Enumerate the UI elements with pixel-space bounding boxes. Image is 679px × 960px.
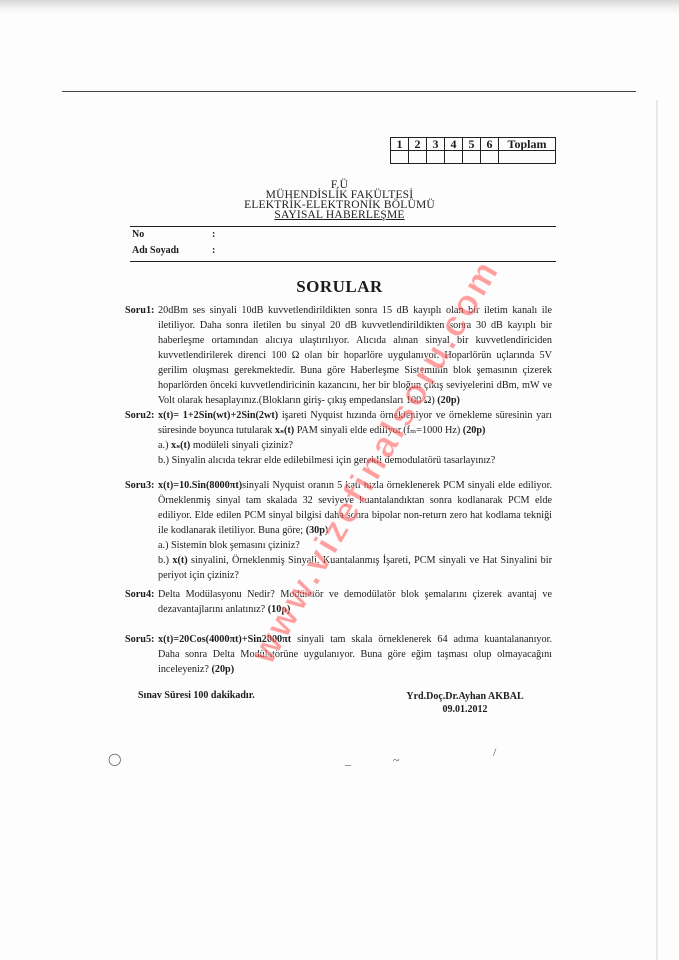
- top-rule: [62, 91, 636, 92]
- part-text: Sistemin blok şemasını çiziniz?: [171, 540, 300, 551]
- score-cell: [427, 151, 445, 164]
- score-col-1: 1: [391, 138, 409, 151]
- question-text-2: PAM sinyali elde ediliyor.(fₘ=1000 Hz): [294, 425, 463, 436]
- pen-slash-mark: /: [493, 745, 496, 760]
- score-col-3: 3: [427, 138, 445, 151]
- question-label: Soru4:: [125, 587, 154, 602]
- question-part-a: a.) xₛ(t) modüleli sinyali çiziniz?: [158, 438, 552, 453]
- exam-duration: Sınav Süresi 100 dakikadır.: [138, 690, 255, 701]
- question-points: (10p): [268, 604, 291, 615]
- part-label: a.): [158, 540, 168, 551]
- score-cell: [409, 151, 427, 164]
- score-cell: [445, 151, 463, 164]
- question-3: Soru3: x(t)=10.Sin(8000πt)sinyali Nyquis…: [125, 478, 552, 583]
- question-formula-2: xₛ(t): [275, 425, 294, 436]
- score-col-5: 5: [463, 138, 481, 151]
- question-part-a: a.) Sistemin blok şemasını çiziniz?: [158, 538, 552, 553]
- part-text: modüleli sinyali çiziniz?: [190, 440, 293, 451]
- score-cell-total: [499, 151, 556, 164]
- question-2: Soru2: x(t)= 1+2Sin(wt)+2Sin(2wt) işaret…: [125, 408, 552, 468]
- signature-block: Yrd.Doç.Dr.Ayhan AKBAL 09.01.2012: [380, 690, 550, 716]
- score-col-total: Toplam: [499, 138, 556, 151]
- score-cell: [391, 151, 409, 164]
- question-part-b: b.) Sinyalin alıcıda tekrar elde edilebi…: [158, 453, 552, 468]
- question-formula: x(t)=20Cos(4000πt)+Sin2000πt: [158, 634, 291, 645]
- score-col-4: 4: [445, 138, 463, 151]
- page-title: SORULAR: [0, 277, 679, 297]
- question-label: Soru3:: [125, 478, 154, 493]
- question-label: Soru2:: [125, 408, 154, 423]
- exam-header: F.Ü MÜHENDİSLİK FAKÜLTESİ ELEKTRİK-ELEKT…: [0, 180, 679, 220]
- part-label: b.): [158, 455, 169, 466]
- pen-scribble-mark: ◯: [108, 752, 121, 767]
- part-formula: xₛ(t): [171, 440, 190, 451]
- part-label: a.): [158, 440, 168, 451]
- question-part-b: b.) x(t) sinyalini, Örneklenmiş Sinyali,…: [158, 553, 552, 583]
- student-name-colon: :: [212, 245, 215, 256]
- question-formula: x(t)= 1+2Sin(wt)+2Sin(2wt): [158, 410, 278, 421]
- question-formula: x(t)=10.Sin(8000πt): [158, 480, 242, 491]
- course-name: SAYISAL HABERLEŞME: [0, 210, 679, 220]
- question-points: (20p): [211, 664, 234, 675]
- info-top-rule: [130, 226, 556, 227]
- score-table: 1 2 3 4 5 6 Toplam: [390, 137, 556, 164]
- question-points: (20p): [463, 425, 486, 436]
- pen-tilde-mark: ~: [393, 753, 400, 768]
- question-text: 20dBm ses sinyali 10dB kuvvetlendirildik…: [158, 305, 552, 406]
- pen-dash-mark: –: [345, 757, 351, 772]
- question-4: Soru4: Delta Modülasyonu Nedir? Modülatö…: [125, 587, 552, 617]
- student-no-colon: :: [212, 229, 215, 240]
- scan-fold-line: [656, 100, 658, 960]
- question-label: Soru5:: [125, 632, 154, 647]
- scan-top-edge: [0, 0, 679, 14]
- student-no-label: No: [132, 229, 144, 240]
- exam-date: 09.01.2012: [380, 703, 550, 716]
- question-points: (30p): [306, 525, 329, 536]
- part-formula: x(t): [172, 555, 187, 566]
- score-header-row: 1 2 3 4 5 6 Toplam: [391, 138, 556, 151]
- question-points: (20p): [437, 395, 460, 406]
- question-1: Soru1: 20dBm ses sinyali 10dB kuvvetlend…: [125, 303, 552, 408]
- score-col-6: 6: [481, 138, 499, 151]
- student-name-label: Adı Soyadı: [132, 245, 179, 256]
- part-label: b.): [158, 555, 169, 566]
- instructor-name: Yrd.Doç.Dr.Ayhan AKBAL: [380, 690, 550, 703]
- question-text: Delta Modülasyonu Nedir? Modülatör ve de…: [158, 589, 552, 615]
- question-label: Soru1:: [125, 303, 154, 318]
- score-value-row: [391, 151, 556, 164]
- part-text: sinyalini, Örneklenmiş Sinyali, Kuantala…: [158, 555, 552, 581]
- info-bottom-rule: [130, 261, 556, 262]
- score-col-2: 2: [409, 138, 427, 151]
- score-cell: [481, 151, 499, 164]
- score-cell: [463, 151, 481, 164]
- part-text: Sinyalin alıcıda tekrar elde edilebilmes…: [172, 455, 496, 466]
- question-5: Soru5: x(t)=20Cos(4000πt)+Sin2000πt siny…: [125, 632, 552, 677]
